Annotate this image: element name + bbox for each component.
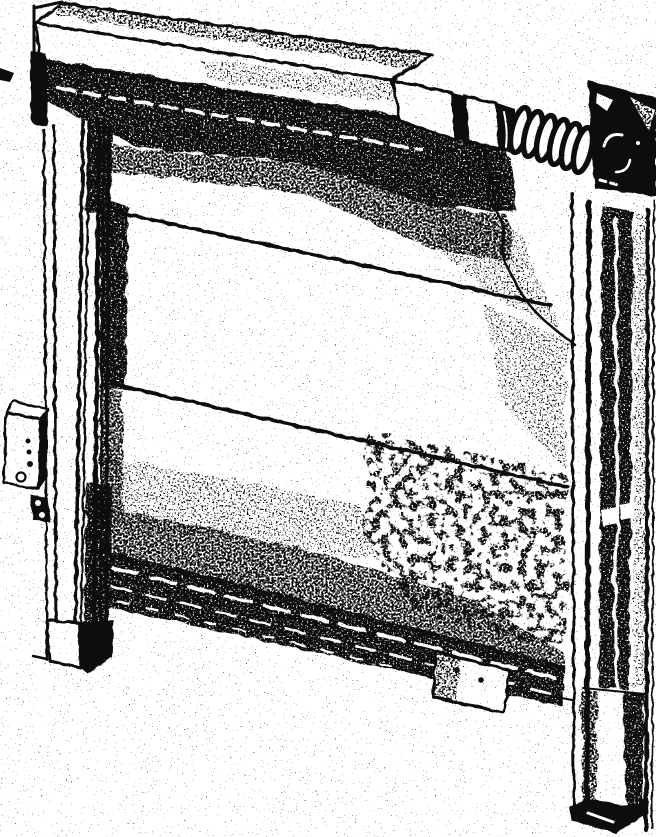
rollup-door-illustration (0, 0, 656, 837)
illustration-stage (0, 0, 656, 837)
paper-flecks-texture (0, 0, 656, 837)
